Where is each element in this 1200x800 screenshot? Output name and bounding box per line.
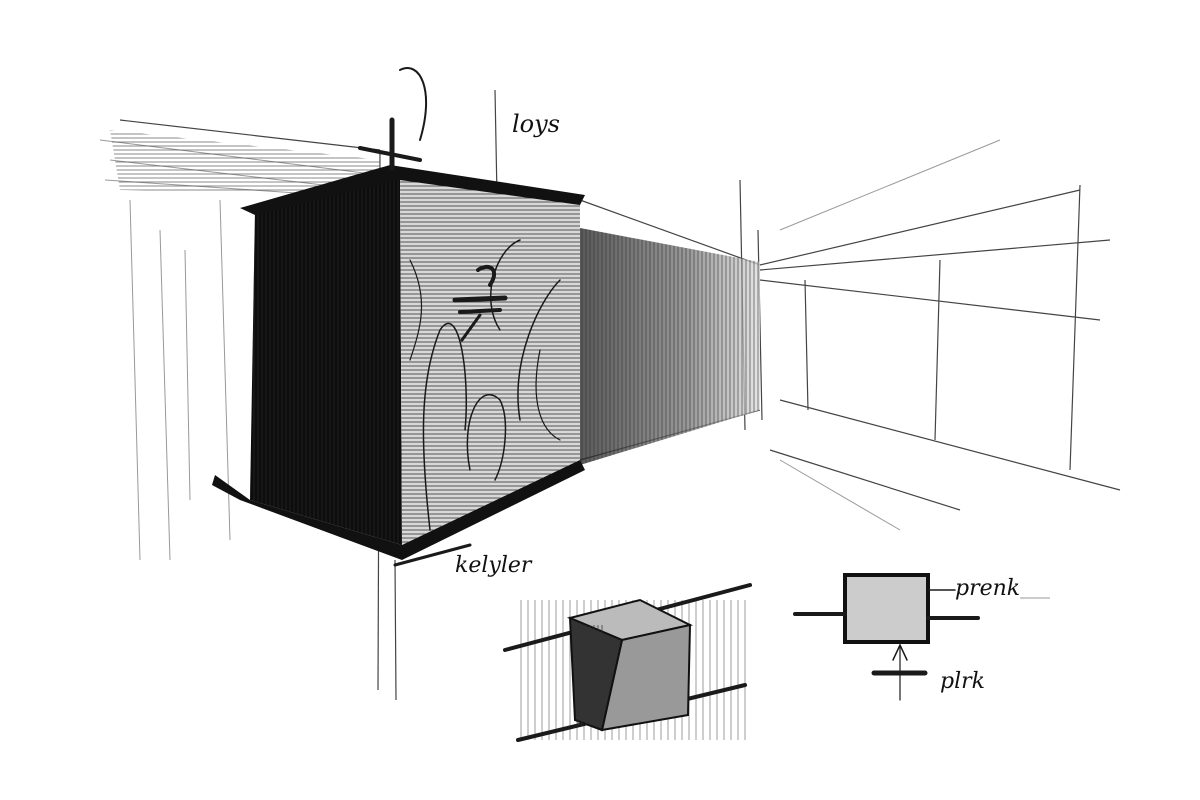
main-cube	[212, 68, 585, 565]
label-detail-top: prenk	[955, 576, 1020, 601]
label-detail-bottom: plrk	[940, 669, 985, 694]
label-bottom: kelyler	[455, 553, 533, 578]
sketch-canvas: loys kelyler prenk plrk	[0, 0, 1200, 800]
label-top: loys	[512, 110, 560, 138]
detail-cube-on-rail	[505, 585, 750, 740]
